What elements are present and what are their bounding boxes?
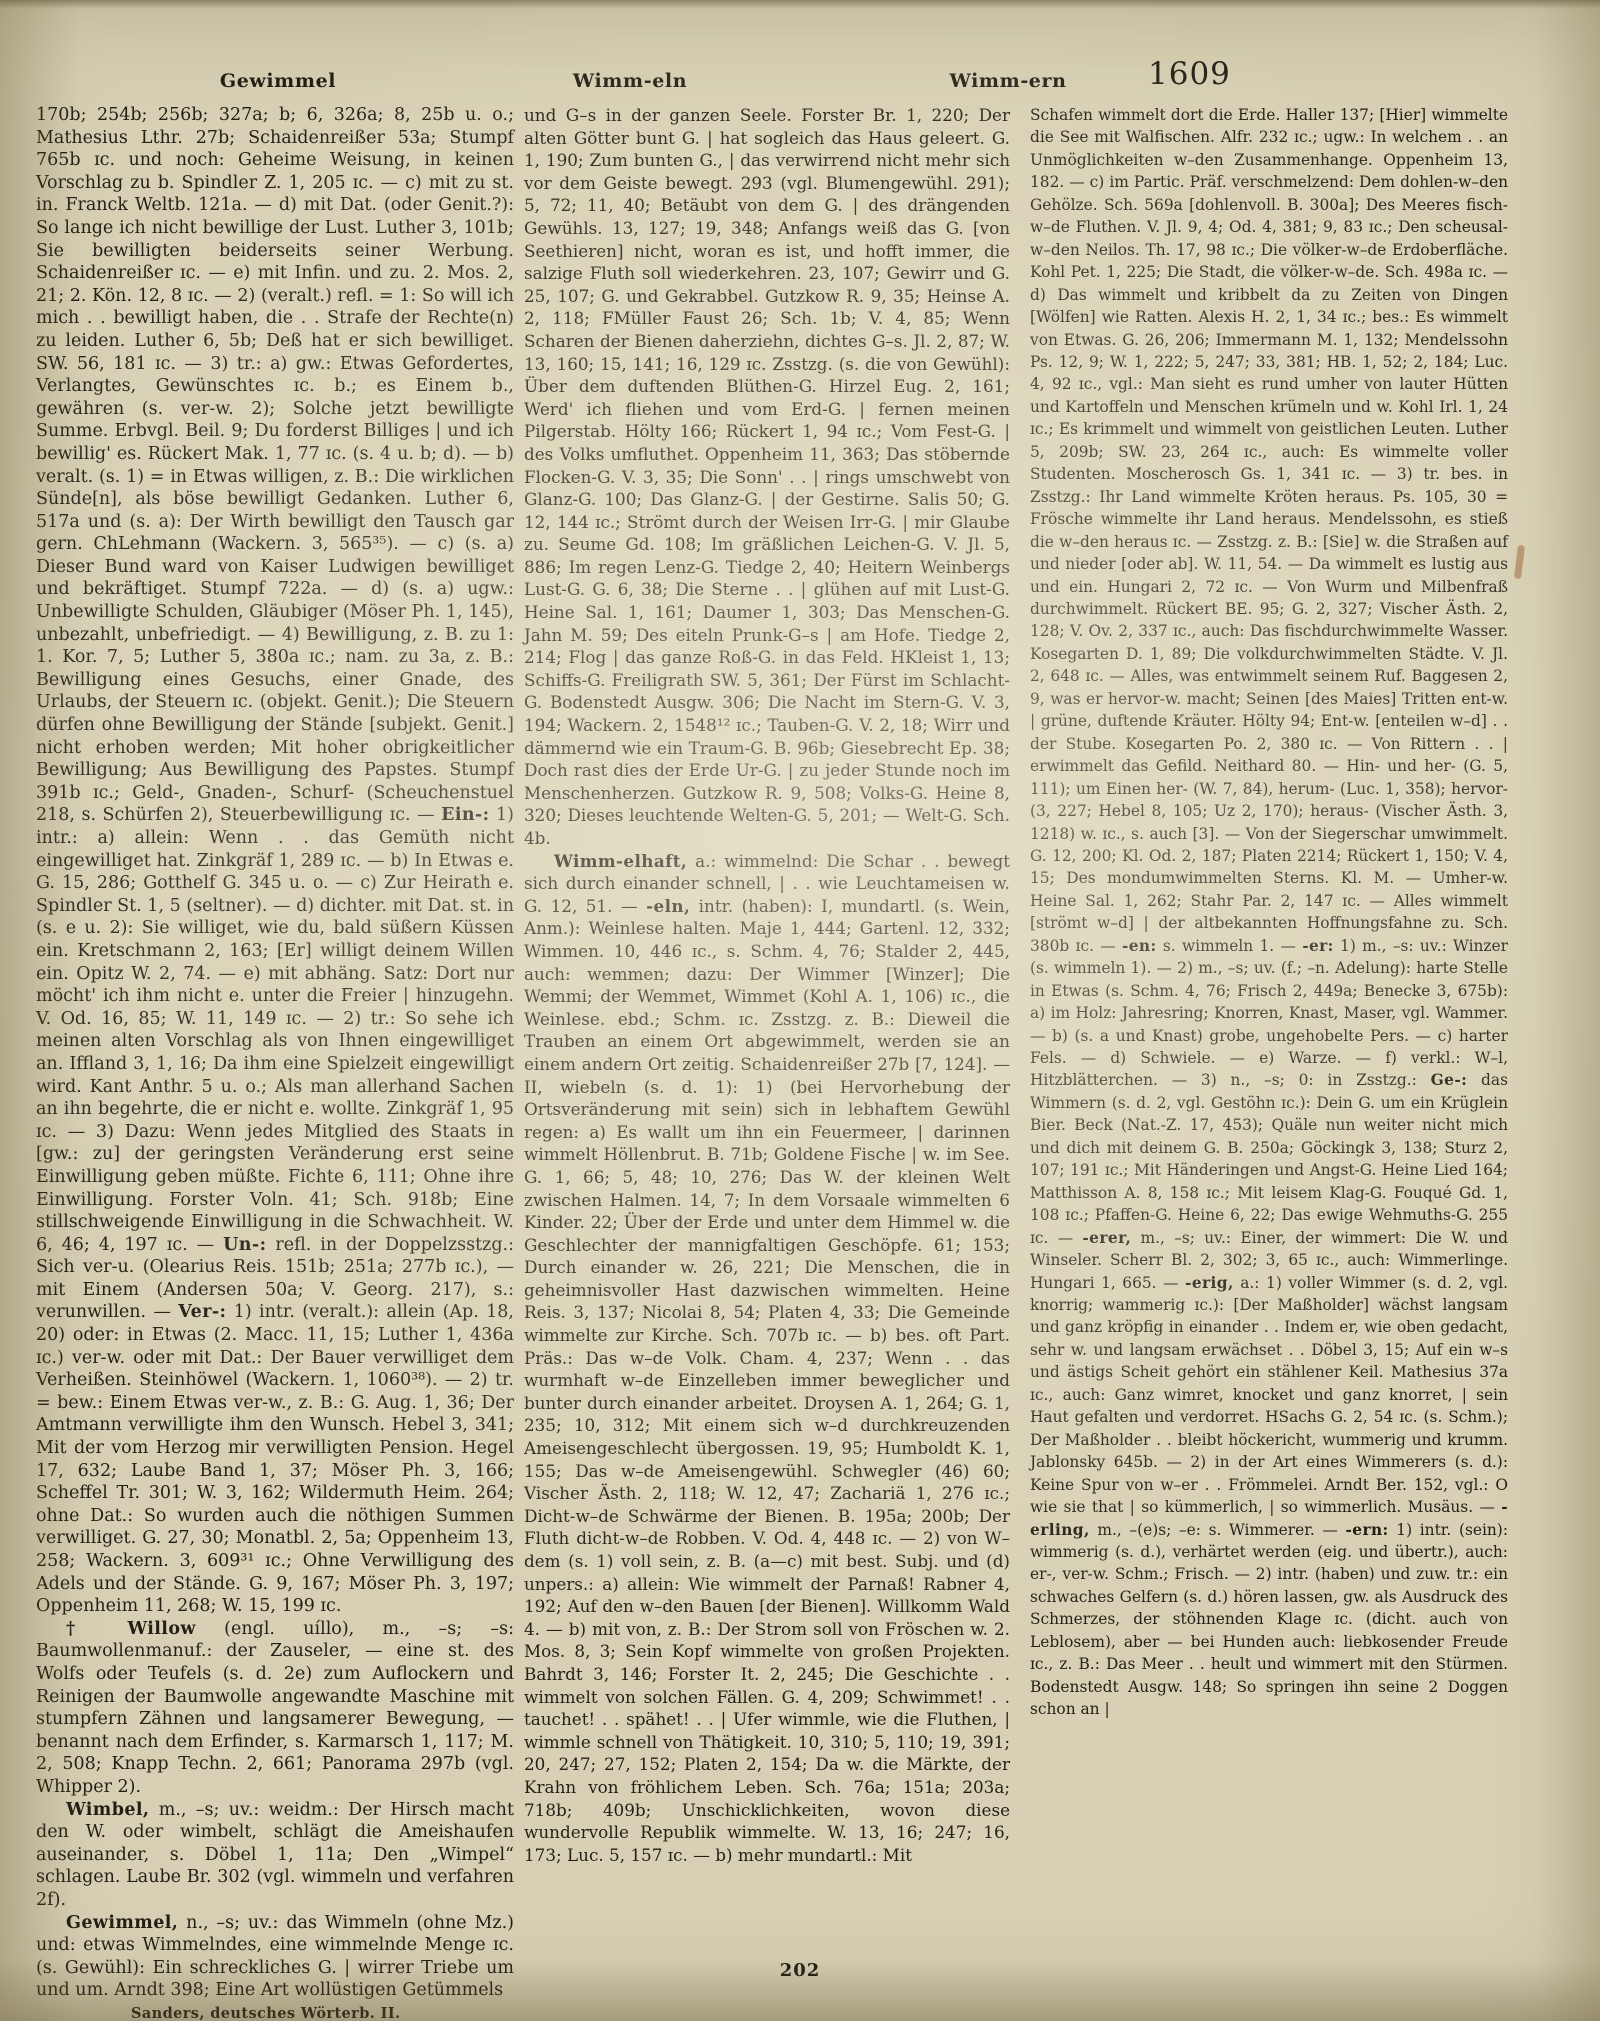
page-number: 1609 [1148, 56, 1308, 92]
paragraph: † Willow (engl. uíllo), m., –s; –s: Baum… [36, 1618, 514, 1799]
column-1: 170b; 254b; 256b; 327a; b; 6, 326a; 8, 2… [36, 104, 514, 2021]
printer-signature: Sanders, deutsches Wörterb. II. [131, 2003, 514, 2021]
column-3-text: Schafen wimmelt dort die Erde. Haller 13… [1030, 104, 1508, 1721]
paragraph: Gewimmel, n., –s; uv.: das Wimmeln (ohne… [36, 1912, 514, 2002]
paragraph: Schafen wimmelt dort die Erde. Haller 13… [1030, 104, 1508, 1721]
paragraph: Wimbel, m., –s; uv.: weidm.: Der Hirsch … [36, 1799, 514, 1912]
paragraph: und G–s in der ganzen Seele. Forster Br.… [524, 104, 1010, 850]
paragraph: Wimm-elhaft, a.: wimmelnd: Die Schar . .… [524, 850, 1010, 1867]
column-2: und G–s in der ganzen Seele. Forster Br.… [524, 104, 1010, 1866]
column-2-text: und G–s in der ganzen Seele. Forster Br.… [524, 104, 1010, 1866]
scanned-dictionary-page: { "page": { "running_heads": { "left": "… [0, 0, 1600, 2021]
sheet-number: 202 [700, 1960, 900, 1981]
ink-stain [1514, 545, 1525, 580]
running-head-left: Gewimmel [158, 70, 398, 92]
running-head-center: Wimm-eln [520, 70, 740, 92]
running-head-right: Wimm-ern [898, 70, 1118, 92]
column-1-text: 170b; 254b; 256b; 327a; b; 6, 326a; 8, 2… [36, 104, 514, 2002]
column-3: Schafen wimmelt dort die Erde. Haller 13… [1030, 104, 1508, 1721]
paragraph: 170b; 254b; 256b; 327a; b; 6, 326a; 8, 2… [36, 104, 514, 1618]
